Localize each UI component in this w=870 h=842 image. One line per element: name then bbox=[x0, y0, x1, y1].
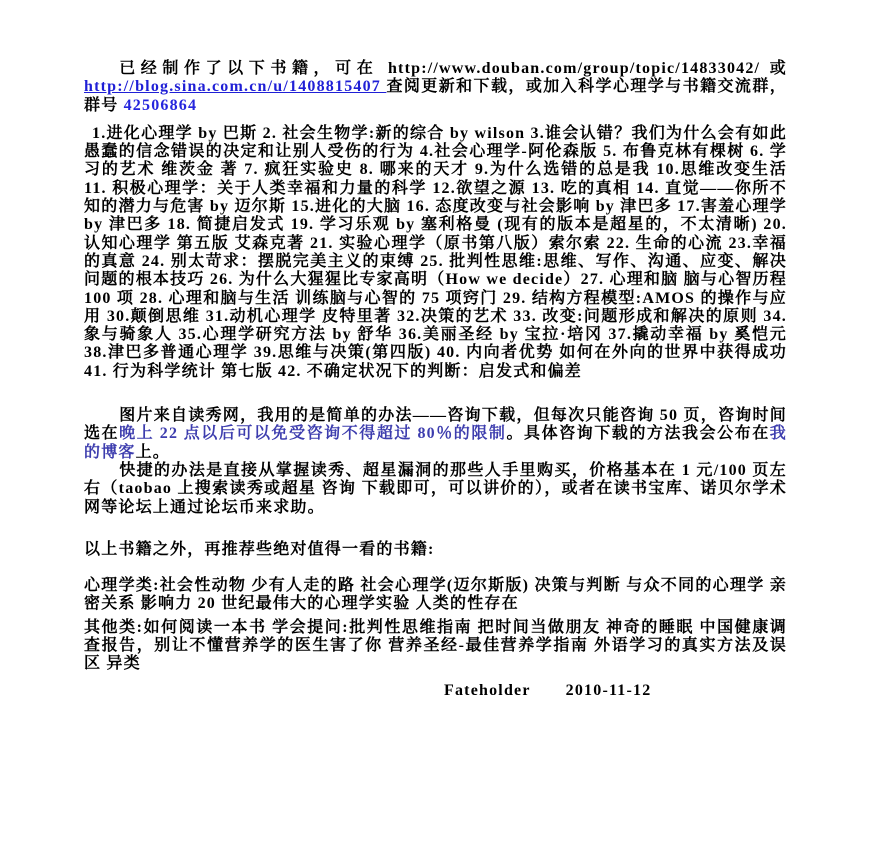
duxiu-text-2: 。具体咨询下载的方法我会公布在 bbox=[506, 425, 769, 442]
document-page: 已经制作了以下书籍，可在 http://www.douban.com/group… bbox=[84, 60, 787, 700]
signature-date: 2010-11-12 bbox=[566, 682, 652, 699]
other-books-paragraph: 其他类:如何阅读一本书 学会提问:批判性思维指南 把时间当做朋友 神奇的睡眠 中… bbox=[84, 619, 787, 674]
duxiu-text-3: 上。 bbox=[136, 444, 170, 461]
douban-url-text: http://www.douban.com/group/topic/148330… bbox=[388, 60, 760, 77]
duxiu-paragraph: 图片来自读秀网，我用的是简单的办法——咨询下载，但每次只能咨询 50 页，咨询时… bbox=[84, 407, 787, 462]
psychology-books-paragraph: 心理学类:社会性动物 少有人走的路 社会心理学(迈尔斯版) 决策与判断 与众不同… bbox=[84, 577, 787, 614]
intro-paragraph: 已经制作了以下书籍，可在 http://www.douban.com/group… bbox=[84, 60, 787, 115]
recommend-intro: 以上书籍之外，再推荐些绝对值得一看的书籍: bbox=[84, 541, 787, 559]
purchase-paragraph: 快捷的办法是直接从掌握读秀、超星漏洞的那些人手里购买，价格基本在 1 元/100… bbox=[84, 462, 787, 517]
duxiu-time-highlight: 晚上 22 点以后可以免受咨询不得超过 80％的限制 bbox=[119, 425, 506, 442]
intro-text-1: 已经制作了以下书籍，可在 bbox=[119, 60, 388, 77]
intro-text-2: 或 bbox=[760, 60, 787, 77]
book-list-paragraph: 1.进化心理学 by 巴斯 2. 社会生物学:新的综合 by wilson 3.… bbox=[84, 125, 787, 381]
signature-line: Fateholder2010-11-12 bbox=[84, 682, 787, 700]
sina-blog-link[interactable]: http://blog.sina.com.cn/u/1408815407 bbox=[84, 78, 386, 95]
group-number: 42506864 bbox=[124, 97, 198, 114]
signature-author: Fateholder bbox=[444, 682, 531, 699]
